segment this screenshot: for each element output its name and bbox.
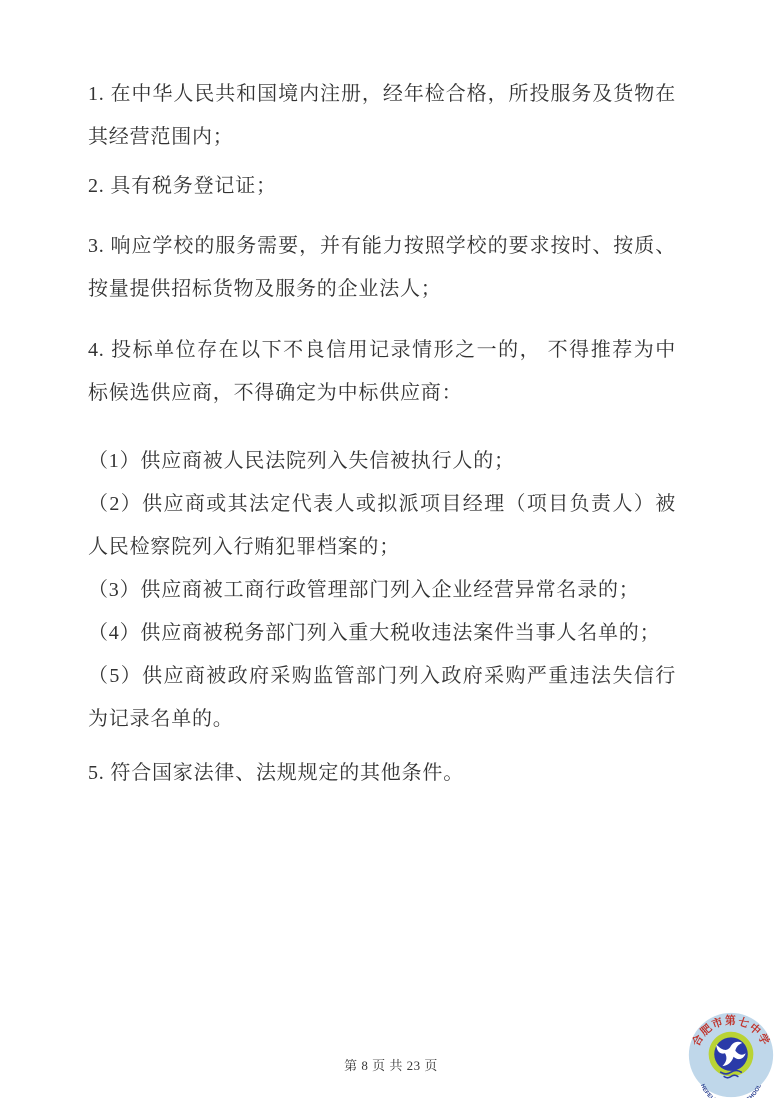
- page-number-text: 第 8 页 共 23 页: [344, 1058, 438, 1073]
- school-badge-icon: 合肥市第七中学 HEFEI NO.7 HIGH SCHOOL: [688, 1012, 774, 1098]
- paragraph-item-3: 3. 响应学校的服务需要，并有能力按照学校的要求按时、按质、按量提供招标货物及服…: [88, 225, 676, 311]
- paragraph-subitem-1: （1）供应商被人民法院列入失信被执行人的；: [88, 440, 676, 483]
- document-page: 1. 在中华人民共和国境内注册，经年检合格，所投服务及货物在其经营范围内； 2.…: [0, 0, 782, 1106]
- school-logo: 合肥市第七中学 HEFEI NO.7 HIGH SCHOOL: [688, 1012, 774, 1098]
- page-number-footer: 第 8 页 共 23 页: [0, 1057, 782, 1074]
- paragraph-subitem-5: （5）供应商被政府采购监管部门列入政府采购严重违法失信行为记录名单的。: [88, 655, 676, 741]
- paragraph-subitem-3: （3）供应商被工商行政管理部门列入企业经营异常名录的；: [88, 569, 676, 612]
- paragraph-item-1: 1. 在中华人民共和国境内注册，经年检合格，所投服务及货物在其经营范围内；: [88, 73, 676, 159]
- paragraph-item-5: 5. 符合国家法律、法规规定的其他条件。: [88, 752, 676, 795]
- document-body: 1. 在中华人民共和国境内注册，经年检合格，所投服务及货物在其经营范围内； 2.…: [88, 73, 676, 795]
- paragraph-subitem-4: （4）供应商被税务部门列入重大税收违法案件当事人名单的；: [88, 612, 676, 655]
- paragraph-item-2: 2. 具有税务登记证；: [88, 165, 676, 208]
- paragraph-subitem-2: （2）供应商或其法定代表人或拟派项目经理（项目负责人）被人民检察院列入行贿犯罪档…: [88, 483, 676, 569]
- paragraph-item-4: 4. 投标单位存在以下不良信用记录情形之一的， 不得推荐为中标候选供应商，不得确…: [88, 329, 676, 415]
